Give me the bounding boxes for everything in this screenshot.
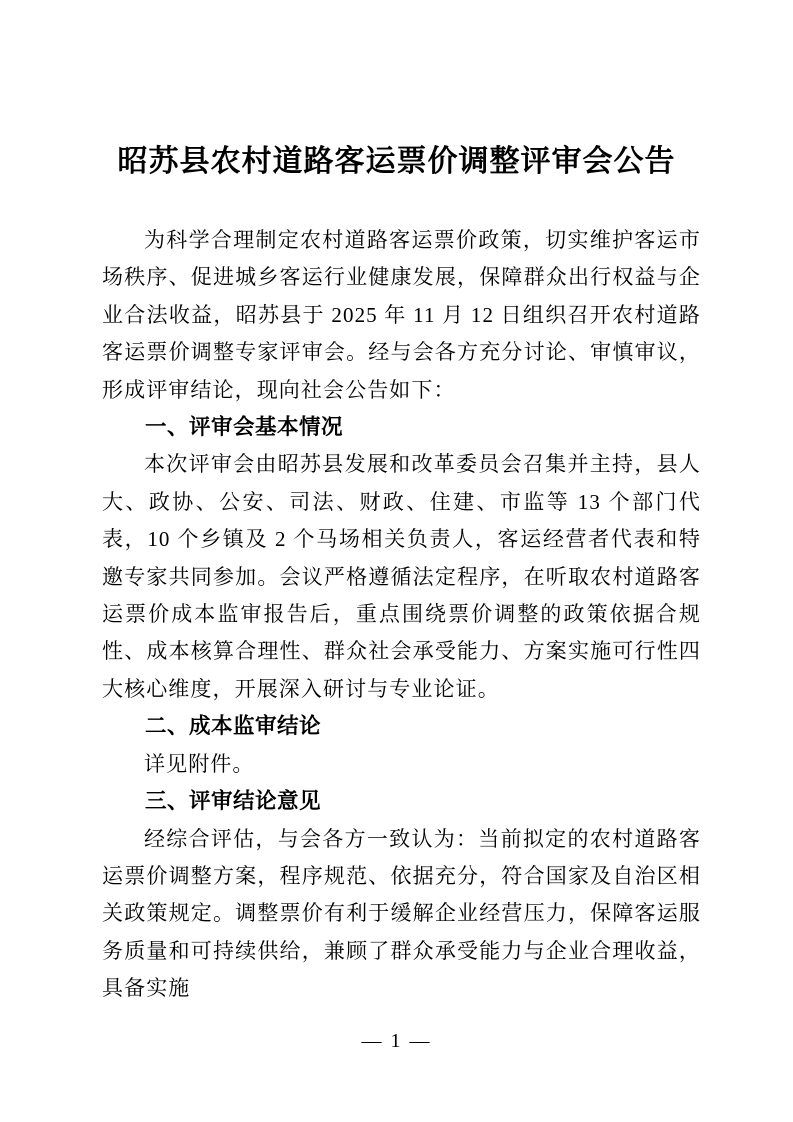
section-3-body: 经综合评估，与会各方一致认为：当前拟定的农村道路客运票价调整方案，程序规范、依据… xyxy=(102,821,701,1008)
page-number: — 1 — xyxy=(0,1026,793,1056)
document-page: 昭苏县农村道路客运票价调整评审会公告 为科学合理制定农村道路客运票价政策，切实维… xyxy=(0,0,793,1122)
intro-paragraph: 为科学合理制定农村道路客运票价政策，切实维护客运市场秩序、促进城乡客运行业健康发… xyxy=(102,222,701,409)
section-2-body: 详见附件。 xyxy=(102,746,701,783)
document-body: 为科学合理制定农村道路客运票价政策，切实维护客运市场秩序、促进城乡客运行业健康发… xyxy=(102,222,701,1008)
section-2-heading: 二、成本监审结论 xyxy=(102,708,701,745)
section-1-heading: 一、评审会基本情况 xyxy=(102,409,701,446)
section-1-body: 本次评审会由昭苏县发展和改革委员会召集并主持，县人大、政协、公安、司法、财政、住… xyxy=(102,446,701,708)
section-3-heading: 三、评审结论意见 xyxy=(102,783,701,820)
document-title: 昭苏县农村道路客运票价调整评审会公告 xyxy=(0,141,793,183)
